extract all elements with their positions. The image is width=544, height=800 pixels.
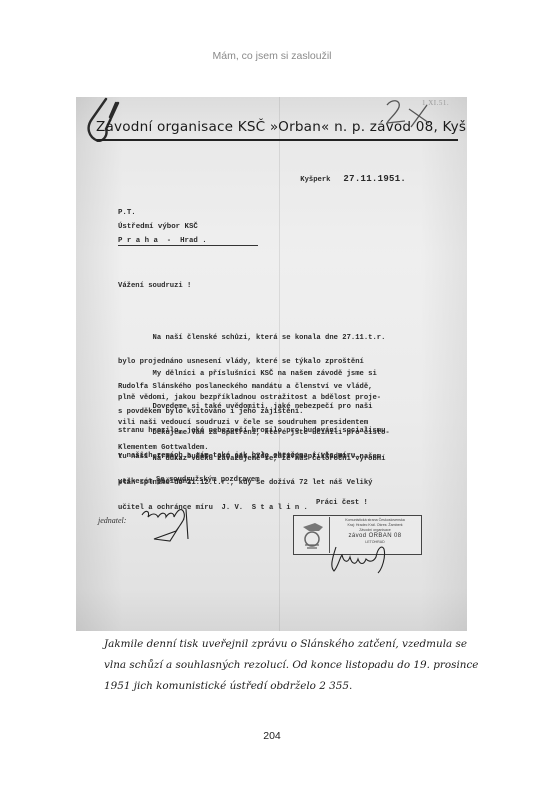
- document-photo: Závodní organisace KSČ »Orban« n. p. záv…: [76, 97, 467, 631]
- emblem-icon: [295, 517, 330, 553]
- work-honor: Práci čest !: [316, 499, 368, 507]
- salutation: Vážení soudruzi !: [118, 282, 191, 290]
- closing: Se soudružským pozdravem: [156, 476, 260, 484]
- handwritten-annotation: jednatel:: [98, 516, 126, 525]
- handwritten-date: 1.XI.51.: [422, 99, 449, 107]
- photo-caption: Jakmile denní tisk uveřejnil zprávu o Sl…: [104, 634, 444, 697]
- place: Kyšperk: [300, 176, 330, 184]
- caption-line: vlna schůzí a souhlasných rezolucí. Od k…: [104, 655, 444, 676]
- signature-left: [140, 505, 200, 543]
- address-line: Ústředmí výbor KSČ: [118, 223, 198, 231]
- stamp-text: Komunistická strana Československa Kraj:…: [331, 518, 419, 545]
- date: 27.11.1951.: [343, 174, 406, 184]
- address-rule: [118, 245, 258, 246]
- caption-line: 1951 jich komunistické ústředí obdrželo …: [104, 676, 444, 697]
- signature-right: [326, 543, 396, 575]
- letterhead-rule: [96, 139, 458, 141]
- running-head: Mám, co jsem si zasloužil: [0, 50, 544, 62]
- page-number: 204: [0, 730, 544, 742]
- place-date: Kyšperk 27.11.1951.: [283, 167, 406, 193]
- caption-line: Jakmile denní tisk uveřejnil zprávu o Sl…: [104, 634, 444, 655]
- address-line: P.T.: [118, 209, 136, 217]
